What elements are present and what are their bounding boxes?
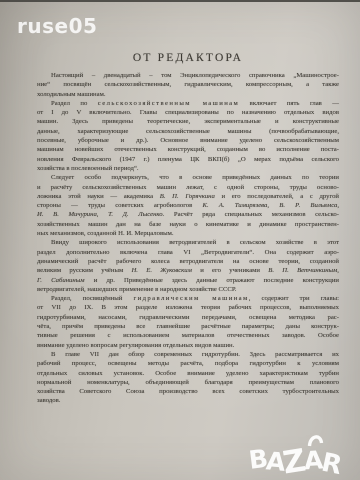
body-line: Раздел по сельскохозяйственным машинам в… [37,99,339,108]
seller-watermark: ruse05 [17,14,97,38]
photo-top-edge [0,0,360,2]
body-line: посевные, уборочные и др.). Основное вни… [37,136,339,145]
body-line: хозяйства в послевоенный период“. [37,164,339,173]
body-line: ние“ посвящён сельскохозяйственным, гидр… [37,80,339,89]
body-line: нормальной номенклатуры, объединяющей бл… [37,378,339,387]
body-line: отдельных силовых установок. Особое вним… [37,369,339,378]
book-page-photo: ruse05 ОТ РЕДАКТОРА Настоящий – двенадца… [0,0,360,480]
body-line: тивные решения с использованием материал… [37,331,339,340]
body-line: новления Февральского (1947 г.) пленума … [37,155,339,164]
body-line: хозяйственных машин дан на базе науки о … [37,220,339,229]
body-line: машин. Здесь приведены теоретические, эк… [37,117,339,126]
page-title: ОТ РЕДАКТОРА [37,52,339,64]
body-line: гидротурбинами, насосами, гидравлическим… [37,313,339,322]
body-line: холодильным машинам. [37,90,339,99]
body-line: внимание уделено вопросам регулирования … [37,341,339,350]
body-line: Г. Сабининым и др. Приведённые здесь дан… [37,276,339,285]
body-line: от VII до IX. В этом разделе изложена те… [37,303,339,312]
body-line: рабочий процесс, освещены методы расчёта… [37,359,339,368]
body-line: и расчёту сельскохозяйственных машин леж… [37,183,339,192]
body-line: от I до V включительно. Главы специализи… [37,108,339,117]
body-line: ветродвигателей, нашедших применение в н… [37,285,339,294]
body-line: Ввиду широкого использования ветродвигат… [37,238,339,247]
bazar-marketplace-logo: B A Z A R [247,429,349,476]
body-line: ных механизмов, созданной Н. И. Мерцалов… [37,229,339,238]
body-line: машинам новейших отечественных конструкц… [37,145,339,154]
body-line: динамический расчёт рабочего колеса ветр… [37,257,339,266]
body-line: великим русским учёным Н. Е. Жуковским и… [37,266,339,275]
body-line: раздел дополнительно включена глава VI „… [37,248,339,257]
body-line: стороны — труды советских агробиологов К… [37,201,339,210]
body-line: заводов. [37,396,339,405]
body-line: ложника этой науки — академика В. П. Гор… [37,192,339,201]
body-line: хозяйства Советского Союза производство … [37,387,339,396]
body-line: данные, характеризующие сельскохозяйстве… [37,127,339,136]
body-text: Настоящий – двенадцатый – том Энциклопед… [37,71,339,406]
body-line: И. В. Мичурина, Т. Д. Лысенко. Расчёт ря… [37,210,339,219]
body-line: В главе VII дан обзор современных гидрот… [37,350,339,359]
body-line: Раздел, посвящённый гидравлическим машин… [37,294,339,303]
body-line: Следует особо подчеркнуть, что в основе … [37,173,339,182]
body-line: чёта, причём приведены все главнейшие ра… [37,322,339,331]
body-line: Настоящий – двенадцатый – том Энциклопед… [37,71,339,80]
